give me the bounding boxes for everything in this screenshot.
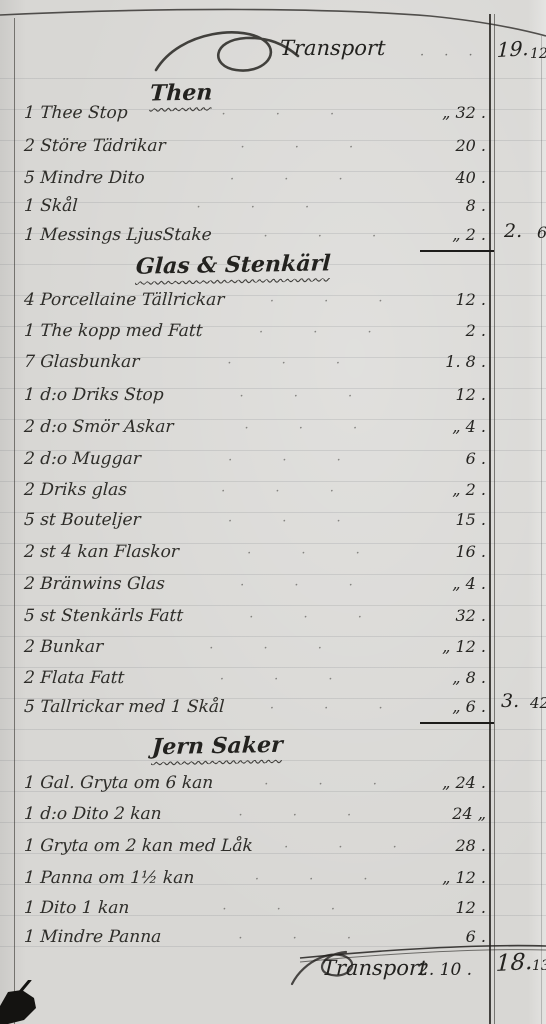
ledger-page: Transport · · · 19. 12. Then 1 Thee Stop… bbox=[0, 0, 546, 1024]
item-value: „ 8 . bbox=[428, 668, 486, 687]
item-value: „ 2 . bbox=[428, 225, 486, 244]
ledger-row: 2 d:o Smör Askar · · · „ 4 . bbox=[24, 417, 486, 437]
item-value: 12 . bbox=[428, 898, 486, 917]
item-value: 1. 8 . bbox=[428, 352, 486, 371]
footer-total-skilling: 13. bbox=[532, 958, 546, 974]
item-text: 2 d:o Smör Askar bbox=[23, 417, 174, 437]
ledger-row: 1 Panna om 1½ kan · · · „ 12 . bbox=[24, 868, 486, 888]
ledger-row: 2 Driks glas · · · „ 2 . bbox=[24, 480, 486, 500]
dot-leader: · · · bbox=[141, 514, 428, 529]
dot-leader: · · · bbox=[183, 610, 428, 625]
item-text: 5 st Bouteljer bbox=[23, 510, 141, 530]
subtotal-riksdaler: 3. bbox=[501, 690, 519, 712]
dot-leader: · · · bbox=[165, 578, 428, 593]
item-text: 2 Störe Tädrikar bbox=[23, 136, 166, 156]
item-value: 12 . bbox=[428, 385, 486, 404]
footer-transport-value: 2. 10 . bbox=[418, 960, 472, 980]
dot-leader: · · · bbox=[225, 701, 428, 716]
subtotal-riksdaler: 2. bbox=[504, 220, 522, 242]
dot-leader: · · · bbox=[212, 229, 428, 244]
item-value: 6 . bbox=[428, 449, 486, 468]
dot-leader: · · · bbox=[213, 777, 428, 792]
item-text: 1 Thee Stop bbox=[23, 103, 128, 123]
ledger-row: 2 Störe Tädrikar · · · 20 . bbox=[24, 136, 486, 156]
dot-leader: · · · bbox=[253, 840, 428, 855]
ledger-row: 1 Thee Stop · · · „ 32 . bbox=[24, 103, 486, 123]
subtotal-skilling: 6 bbox=[537, 223, 546, 242]
subtotal-underline bbox=[420, 250, 494, 252]
value-column-rule-2 bbox=[494, 14, 495, 1024]
item-value: „ 24 . bbox=[428, 773, 486, 792]
carry-total-riksdaler: 19. bbox=[497, 36, 530, 62]
dot-leader: · · · bbox=[166, 140, 428, 155]
item-text: 5 Mindre Dito bbox=[23, 168, 145, 188]
item-text: 1 The kopp med Fatt bbox=[23, 321, 203, 341]
ledger-row: 1 d:o Driks Stop · · · 12 . bbox=[24, 385, 486, 405]
ledger-row: 5 st Bouteljer · · · 15 . bbox=[24, 510, 486, 530]
top-edge-line bbox=[0, 0, 546, 46]
left-margin-rule bbox=[14, 18, 15, 1024]
ledger-row: 1 Messings LjusStake · · · „ 2 . bbox=[24, 225, 486, 245]
ledger-row: 2 Flata Fatt · · · „ 8 . bbox=[24, 668, 486, 688]
section-heading-jern-saker: Jern Saker bbox=[151, 732, 283, 760]
ledger-row: 1 The kopp med Fatt · · · 2 . bbox=[24, 321, 486, 341]
item-value: „ 12 . bbox=[428, 868, 486, 887]
ledger-row: 2 st 4 kan Flaskor · · · 16 . bbox=[24, 542, 486, 562]
item-text: 1 Gryta om 2 kan med Låk bbox=[23, 836, 253, 856]
item-value: 24 „ bbox=[428, 804, 486, 823]
item-value: 2 . bbox=[428, 321, 486, 340]
dot-leader: · · · bbox=[224, 294, 428, 309]
right-edge-rule bbox=[541, 36, 542, 1024]
dot-leader: · · · bbox=[129, 902, 428, 917]
item-value: 32 . bbox=[428, 606, 486, 625]
item-text: 1 Skål bbox=[23, 196, 78, 216]
item-value: 6 . bbox=[428, 927, 486, 946]
dot-leader: · · · bbox=[103, 641, 428, 656]
item-text: 1 Gal. Gryta om 6 kan bbox=[23, 773, 213, 793]
item-text: 5 st Stenkärls Fatt bbox=[23, 606, 183, 626]
carry-header-label: Transport bbox=[280, 36, 386, 60]
ledger-row: 1 Dito 1 kan · · · 12 . bbox=[24, 898, 486, 918]
ledger-row: 5 Tallrickar med 1 Skål · · · „ 6 . bbox=[24, 697, 486, 717]
footer-total-riksdaler: 18. bbox=[495, 949, 533, 977]
value-column-rule bbox=[489, 14, 491, 1024]
item-value: „ 12 . bbox=[428, 637, 486, 656]
subtotal-skilling: 42 bbox=[530, 694, 546, 712]
item-value: 15 . bbox=[428, 510, 486, 529]
ledger-row: 1 Skål · · · 8 . bbox=[24, 196, 486, 216]
item-text: 2 d:o Muggar bbox=[23, 449, 141, 469]
item-text: 1 Panna om 1½ kan bbox=[23, 868, 194, 888]
dot-leader: · · · bbox=[124, 672, 428, 687]
ledger-row: 5 Mindre Dito · · · 40 . bbox=[24, 168, 486, 188]
carry-header-dots: · · · bbox=[420, 48, 473, 63]
item-value: 28 . bbox=[428, 836, 486, 855]
item-text: 2 Driks glas bbox=[23, 480, 127, 500]
item-text: 1 Dito 1 kan bbox=[23, 898, 129, 918]
dot-leader: · · · bbox=[174, 421, 428, 436]
item-text: 2 Bunkar bbox=[23, 637, 103, 657]
item-value: 20 . bbox=[428, 136, 486, 155]
item-text: 1 d:o Driks Stop bbox=[23, 385, 164, 405]
dot-leader: · · · bbox=[145, 172, 428, 187]
dot-leader: · · · bbox=[194, 872, 428, 887]
ledger-row: 7 Glasbunkar · · · 1. 8 . bbox=[24, 352, 486, 372]
item-text: 5 Tallrickar med 1 Skål bbox=[23, 697, 225, 717]
dot-leader: · · · bbox=[161, 931, 428, 946]
ledger-row: 2 d:o Muggar · · · 6 . bbox=[24, 449, 486, 469]
dot-leader: · · · bbox=[78, 200, 428, 215]
item-text: 2 Flata Fatt bbox=[23, 668, 124, 688]
item-value: 40 . bbox=[428, 168, 486, 187]
dot-leader: · · · bbox=[162, 808, 428, 823]
item-value: 8 . bbox=[428, 196, 486, 215]
item-value: „ 4 . bbox=[428, 574, 486, 593]
item-text: 2 Bränwins Glas bbox=[23, 574, 165, 594]
item-text: 2 st 4 kan Flaskor bbox=[23, 542, 179, 562]
footer-transport-label: Transport bbox=[322, 956, 428, 980]
dot-leader: · · · bbox=[128, 107, 428, 122]
dot-leader: · · · bbox=[179, 546, 428, 561]
item-text: 1 Messings LjusStake bbox=[23, 225, 212, 245]
ink-blot bbox=[0, 980, 64, 1024]
ledger-row: 1 Mindre Panna · · · 6 . bbox=[24, 927, 486, 947]
dot-leader: · · · bbox=[139, 356, 428, 371]
dot-leader: · · · bbox=[164, 389, 428, 404]
ledger-row: 2 Bränwins Glas · · · „ 4 . bbox=[24, 574, 486, 594]
ledger-row: 4 Porcellaine Tällrickar · · · 12 . bbox=[24, 290, 486, 310]
section-heading-glas-stenkarl: Glas & Stenkärl bbox=[135, 250, 331, 279]
ledger-row: 1 Gal. Gryta om 6 kan · · · „ 24 . bbox=[24, 773, 486, 793]
item-text: 1 d:o Dito 2 kan bbox=[23, 804, 162, 824]
item-value: „ 4 . bbox=[428, 417, 486, 436]
item-value: „ 6 . bbox=[428, 697, 486, 716]
carry-total-skilling: 12. bbox=[530, 46, 546, 62]
subtotal-underline bbox=[420, 722, 494, 724]
item-value: „ 2 . bbox=[428, 480, 486, 499]
dot-leader: · · · bbox=[141, 453, 428, 468]
dot-leader: · · · bbox=[203, 325, 428, 340]
ledger-row: 2 Bunkar · · · „ 12 . bbox=[24, 637, 486, 657]
item-text: 4 Porcellaine Tällrickar bbox=[23, 290, 225, 310]
ledger-row: 5 st Stenkärls Fatt · · · 32 . bbox=[24, 606, 486, 626]
ledger-row: 1 Gryta om 2 kan med Låk · · · 28 . bbox=[24, 836, 486, 856]
header-flourish-swash bbox=[150, 22, 300, 80]
item-text: 7 Glasbunkar bbox=[23, 352, 140, 372]
item-value: 16 . bbox=[428, 542, 486, 561]
ledger-row: 1 d:o Dito 2 kan · · · 24 „ bbox=[24, 804, 486, 824]
item-text: 1 Mindre Panna bbox=[23, 927, 161, 947]
dot-leader: · · · bbox=[127, 484, 428, 499]
item-value: „ 32 . bbox=[428, 103, 486, 122]
item-value: 12 . bbox=[428, 290, 486, 309]
